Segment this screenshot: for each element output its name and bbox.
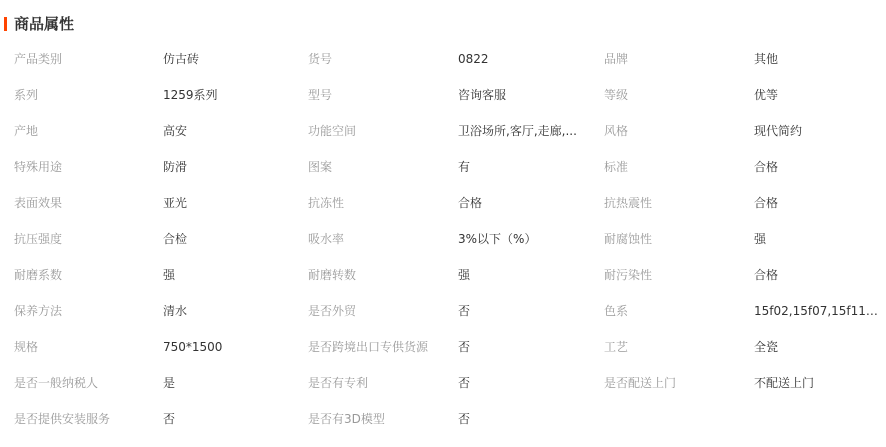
attribute-row: 规格 750*1500 是否跨境出口专供货源 否 工艺 全瓷 [0, 329, 886, 365]
attribute-label: 产地 [14, 113, 154, 149]
attribute-value: 是 [163, 365, 298, 401]
attribute-value: 咨询客服 [458, 77, 578, 113]
attribute-value: 强 [458, 257, 578, 293]
attribute-label: 图案 [308, 149, 453, 185]
accent-bar [4, 17, 7, 31]
attribute-value: 强 [163, 257, 298, 293]
attribute-label: 系列 [14, 77, 154, 113]
attribute-value: 亚光 [163, 185, 298, 221]
attribute-value: 合检 [163, 221, 298, 257]
attribute-row: 是否一般纳税人 是 是否有专利 否 是否配送上门 不配送上门 [0, 365, 886, 401]
attribute-label: 是否外贸 [308, 293, 453, 329]
attribute-label: 产品类别 [14, 41, 154, 77]
attribute-value: 否 [163, 401, 298, 437]
attribute-value: 合格 [754, 185, 879, 221]
attribute-value: 否 [458, 365, 578, 401]
attribute-label: 是否有专利 [308, 365, 453, 401]
attribute-row: 产品类别 仿古砖 货号 0822 品牌 其他 [0, 41, 886, 77]
attribute-label: 标准 [604, 149, 744, 185]
attribute-value: 高安 [163, 113, 298, 149]
attribute-label: 型号 [308, 77, 453, 113]
attribute-value: 1259系列 [163, 77, 298, 113]
attribute-value: 750*1500 [163, 329, 298, 365]
attribute-value: 不配送上门 [754, 365, 879, 401]
attribute-label: 耐磨转数 [308, 257, 453, 293]
attribute-value: 合格 [754, 149, 879, 185]
attribute-label: 功能空间 [308, 113, 453, 149]
attribute-value: 现代简约 [754, 113, 879, 149]
attribute-value: 优等 [754, 77, 879, 113]
attribute-label: 保养方法 [14, 293, 154, 329]
attribute-value: 否 [458, 401, 578, 437]
attribute-label: 等级 [604, 77, 744, 113]
attribute-label: 吸水率 [308, 221, 453, 257]
attribute-label: 特殊用途 [14, 149, 154, 185]
attribute-row: 保养方法 清水 是否外贸 否 色系 15f02,15f07,15f11,15..… [0, 293, 886, 329]
attribute-label: 表面效果 [14, 185, 154, 221]
attribute-label: 规格 [14, 329, 154, 365]
attribute-label: 是否一般纳税人 [14, 365, 154, 401]
attribute-label: 风格 [604, 113, 744, 149]
attribute-value: 合格 [458, 185, 578, 221]
attribute-label: 货号 [308, 41, 453, 77]
attribute-row: 是否提供安装服务 否 是否有3D模型 否 [0, 401, 886, 437]
attribute-row: 表面效果 亚光 抗冻性 合格 抗热震性 合格 [0, 185, 886, 221]
attribute-label: 色系 [604, 293, 744, 329]
attribute-label: 工艺 [604, 329, 744, 365]
attribute-label: 抗热震性 [604, 185, 744, 221]
attribute-label: 品牌 [604, 41, 744, 77]
attribute-row: 特殊用途 防滑 图案 有 标准 合格 [0, 149, 886, 185]
attribute-row: 系列 1259系列 型号 咨询客服 等级 优等 [0, 77, 886, 113]
attribute-row: 抗压强度 合检 吸水率 3%以下（%） 耐腐蚀性 强 [0, 221, 886, 257]
attribute-value: 合格 [754, 257, 879, 293]
attributes-grid: 产品类别 仿古砖 货号 0822 品牌 其他 系列 1259系列 型号 咨询客服… [0, 41, 886, 437]
attribute-value: 防滑 [163, 149, 298, 185]
attribute-value: 有 [458, 149, 578, 185]
attribute-row: 产地 高安 功能空间 卫浴场所,客厅,走廊,... 风格 现代简约 [0, 113, 886, 149]
attribute-value: 15f02,15f07,15f11,15... [754, 293, 879, 329]
attribute-value: 强 [754, 221, 879, 257]
attribute-value: 3%以下（%） [458, 221, 578, 257]
attribute-label: 是否配送上门 [604, 365, 744, 401]
attribute-value: 仿古砖 [163, 41, 298, 77]
attribute-label: 抗压强度 [14, 221, 154, 257]
attribute-label: 是否跨境出口专供货源 [308, 329, 453, 365]
attribute-value: 卫浴场所,客厅,走廊,... [458, 113, 578, 149]
attribute-label: 是否有3D模型 [308, 401, 453, 437]
attribute-label: 耐磨系数 [14, 257, 154, 293]
attribute-label: 耐污染性 [604, 257, 744, 293]
attribute-value: 清水 [163, 293, 298, 329]
attribute-value: 0822 [458, 41, 578, 77]
attribute-label: 耐腐蚀性 [604, 221, 744, 257]
attribute-row: 耐磨系数 强 耐磨转数 强 耐污染性 合格 [0, 257, 886, 293]
attribute-value: 否 [458, 329, 578, 365]
section-title: 商品属性 [14, 14, 74, 34]
attribute-value: 其他 [754, 41, 879, 77]
attribute-value: 否 [458, 293, 578, 329]
attribute-label: 抗冻性 [308, 185, 453, 221]
attribute-label: 是否提供安装服务 [14, 401, 154, 437]
attribute-value: 全瓷 [754, 329, 879, 365]
